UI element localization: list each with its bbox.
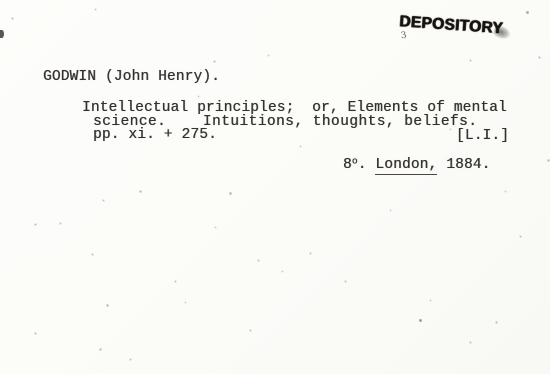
scan-edge-mark [0,30,4,38]
imprint-year: 1884. [437,157,490,173]
depository-stamp-text: DEPOSITORY [399,13,504,39]
scan-speckles [0,0,1,1]
imprint-separator: . [358,157,376,173]
catalog-card: DEPOSITORY 3 GODWIN (John Henry). Intell… [0,0,550,374]
imprint-format-superscript: o [352,154,358,169]
imprint-place: London, [375,157,437,175]
entry-collation: pp. xi. + 275. [93,128,217,143]
depository-stamp: DEPOSITORY [399,13,504,38]
stamp-ink-smudge [492,23,513,41]
entry-heading: GODWIN (John Henry). [43,70,220,85]
stamp-side-mark: 3 [400,31,407,42]
imprint-format: 8 [343,157,352,173]
entry-imprint: 8o. London, 1884. [343,158,491,173]
shelf-mark: [L.I.] [456,129,509,144]
